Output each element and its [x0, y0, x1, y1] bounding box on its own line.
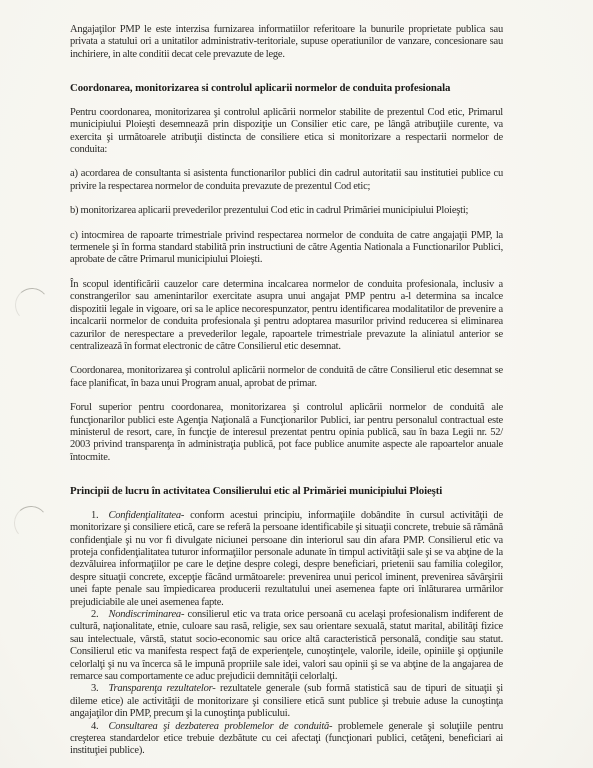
principle-confidentialitatea: 1.Confidenţialitatea- conform acestui pr…	[70, 510, 503, 609]
paragraph-pentru-coordonarea: Pentru coordonarea, monitorizarea şi con…	[70, 107, 503, 157]
section-heading-principii: Principii de lucru în activitatea Consil…	[70, 485, 503, 498]
paragraph-item-a: a) acordarea de consultanta si asistenta…	[70, 168, 503, 193]
principle-transparenta: 3.Transparenţa rezultatelor- rezultatele…	[70, 683, 503, 720]
paragraph-in-scopul: În scopul identificării cauzelor care de…	[70, 279, 503, 353]
principle-number: 1.	[91, 510, 98, 521]
principle-consultarea: 4.Consultarea şi dezbaterea problemelor …	[70, 721, 503, 758]
punch-hole-mark	[14, 287, 50, 323]
document-page: Angajaţilor PMP le este interzisa furniz…	[70, 24, 503, 758]
paragraph-coordonarea-planificat: Coordonarea, monitorizarea şi controlul …	[70, 365, 503, 390]
paragraph-item-c: c) intocmirea de rapoarte trimestriale p…	[70, 230, 503, 267]
paragraph-intro: Angajaţilor PMP le este interzisa furniz…	[70, 24, 503, 61]
principle-nondiscriminarea: 2.Nondiscriminarea- consilierul etic va …	[70, 609, 503, 683]
principle-text: conform acestui principiu, informaţiile …	[70, 510, 503, 608]
punch-hole-mark	[13, 505, 49, 541]
section-heading-coordonarea: Coordonarea, monitorizarea si controlul …	[70, 82, 503, 95]
paragraph-item-b: b) monitorizarea aplicarii prevederilor …	[70, 205, 503, 217]
principle-number: 2.	[91, 609, 98, 620]
principle-lead: Confidenţialitatea-	[108, 510, 184, 521]
principle-lead: Consultarea şi dezbaterea problemelor de…	[108, 721, 332, 732]
paragraph-forul-superior: Forul superior pentru coordonarea, monit…	[70, 402, 503, 464]
principle-number: 3.	[91, 683, 98, 694]
principle-lead: Nondiscriminarea-	[108, 609, 184, 620]
principle-number: 4.	[91, 721, 98, 732]
principle-lead: Transparenţa rezultatelor-	[108, 683, 215, 694]
